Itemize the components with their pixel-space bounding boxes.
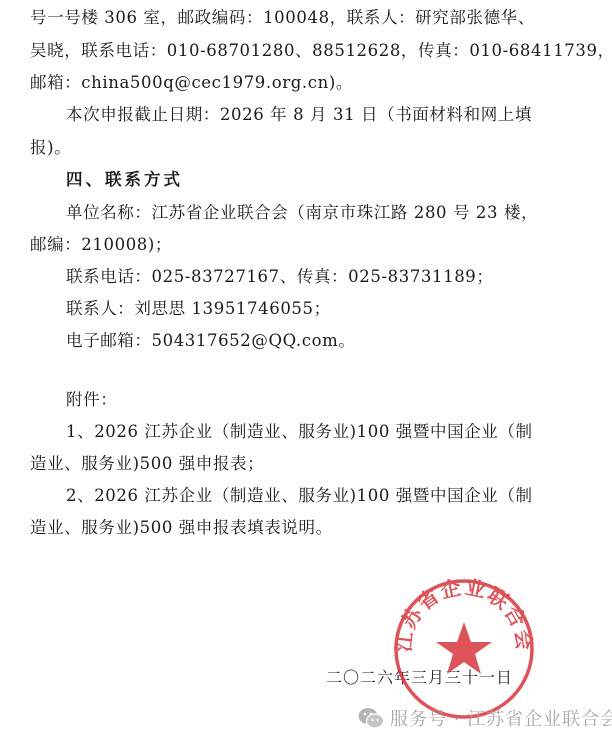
section-heading: 四、联系方式	[66, 170, 183, 190]
attachment-item-2-continued: 造业、服务业)500 强申报表填表说明。	[30, 518, 333, 538]
contact-phone-line: 联系电话：025-83727167、传真：025-83731189；	[66, 267, 494, 287]
wechat-icon	[358, 707, 384, 729]
attachments-label: 附件：	[66, 390, 117, 410]
deadline-line: 本次申报截止日期：2026 年 8 月 31 日（书面材料和网上填	[66, 105, 532, 125]
paragraph-line: 邮箱：china500q@cec1979.org.cn)。	[30, 73, 353, 93]
contact-unit-line-continued: 邮编：210008)；	[30, 235, 172, 255]
paragraph-line: 号一号楼 306 室，邮政编码：100048，联系人：研究部张德华、	[30, 8, 535, 28]
official-seal-icon: 江苏省企业联合会	[391, 576, 537, 722]
attachment-item-1-continued: 造业、服务业)500 强申报表；	[30, 454, 264, 474]
contact-email-line: 电子邮箱：504317652@QQ.com。	[66, 331, 355, 351]
deadline-line-continued: 报)。	[30, 138, 71, 158]
contact-person-line: 联系人：刘思思 13951746055；	[66, 299, 331, 319]
attachment-item-1: 1、2026 江苏企业（制造业、服务业)100 强暨中国企业（制	[66, 422, 533, 442]
paragraph-line: 吴晓，联系电话：010-68701280、88512628，传真：010-684…	[30, 41, 612, 61]
attachment-item-2: 2、2026 江苏企业（制造业、服务业)100 强暨中国企业（制	[66, 486, 533, 506]
watermark-text: 服务号 · 江苏省企业联合会	[390, 705, 612, 731]
document-page: 号一号楼 306 室，邮政编码：100048，联系人：研究部张德华、 吴晓，联系…	[0, 0, 612, 743]
contact-unit-line: 单位名称：江苏省企业联合会（南京市珠江路 280 号 23 楼，	[66, 203, 538, 223]
wechat-watermark: 服务号 · 江苏省企业联合会	[358, 705, 612, 731]
